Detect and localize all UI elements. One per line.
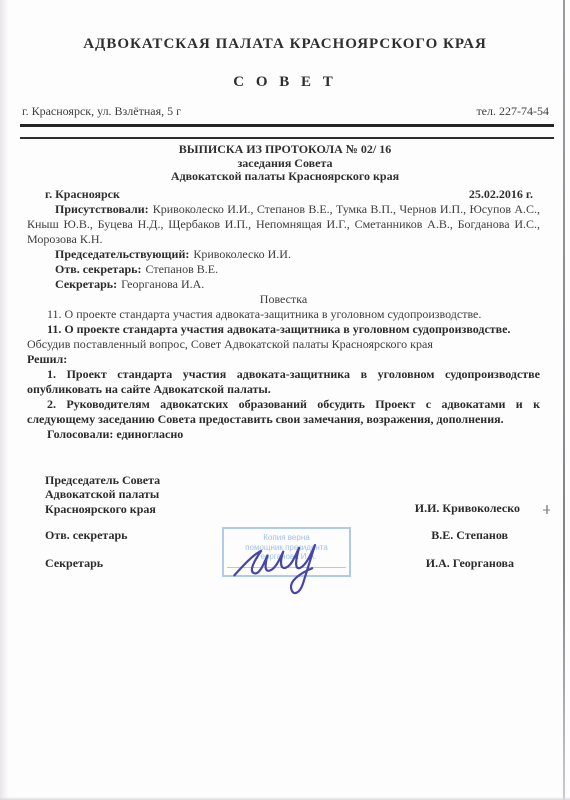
secretary-name-inline: Георганова И.А.	[121, 277, 204, 291]
chairman-label: Председательствующий:	[55, 247, 189, 261]
chairman-title-line-2: Адвокатской палаты	[45, 487, 160, 502]
resolution-point-2: 2. Руководителям адвокатских образований…	[27, 397, 540, 427]
chairman-name-inline: Кривоколеско И.И.	[193, 247, 291, 261]
document-title: ВЫПИСКА ИЗ ПРОТОКОЛА № 02/ 16 заседания …	[0, 143, 570, 184]
secretary-title: Секретарь	[45, 556, 103, 571]
resolution-point-1: 1. Проект стандарта участия адвоката-защ…	[27, 367, 540, 397]
chairman-line: Председательствующий:Кривоколеско И.И.	[27, 247, 540, 262]
resp-secretary-label: Отв. секретарь:	[55, 262, 141, 276]
agenda-item-plain: 11. О проекте стандарта участия адвоката…	[27, 307, 540, 322]
address-text: г. Красноярск, ул. Взлётная, 5 г	[22, 104, 181, 119]
resp-secretary-title: Отв. секретарь	[45, 528, 127, 543]
city-label: г. Красноярск	[45, 187, 120, 202]
phone-text: тел. 227-74-54	[476, 104, 549, 119]
title-line-3: Адвокатской палаты Красноярского края	[0, 170, 570, 184]
secretary-line: Секретарь:Георганова И.А.	[27, 277, 540, 292]
chairman-signature-row: Председатель Совета Адвокатской палаты К…	[45, 473, 570, 517]
handwritten-signature-ink	[227, 532, 368, 599]
chairman-title-line-1: Председатель Совета	[45, 473, 160, 488]
attendees-paragraph: Присутствовали:Кривоколеско И.И., Степан…	[27, 202, 540, 247]
resp-secretary-line: Отв. секретарь:Степанов В.Е.	[27, 262, 540, 277]
agenda-item-bold: 11. О проекте стандарта участия адвоката…	[27, 322, 540, 337]
scan-right-edge-line	[563, 0, 565, 800]
secretary-name: И.А. Георганова	[426, 556, 570, 571]
scan-speck	[543, 509, 550, 511]
signature-stroke	[233, 545, 317, 596]
decided-label: Решил:	[27, 352, 540, 367]
date-label: 25.02.2016 г.	[469, 187, 533, 202]
agenda-heading: Повестка	[27, 292, 540, 307]
resolution-intro: Обсудив поставленный вопрос, Совет Адвок…	[27, 337, 540, 352]
vote-result: Голосовали: единогласно	[27, 427, 540, 442]
attendees-label: Присутствовали:	[55, 202, 149, 216]
address-row: г. Красноярск, ул. Взлётная, 5 г тел. 22…	[0, 104, 570, 119]
scanned-document-page: АДВОКАТСКАЯ ПАЛАТА КРАСНОЯРСКОГО КРАЯ С …	[0, 0, 570, 800]
chairman-title-line-3: Красноярского края	[45, 502, 160, 517]
resp-secretary-name-inline: Степанов В.Е.	[145, 262, 218, 276]
council-heading: С О В Е Т	[0, 74, 570, 91]
organization-name: АДВОКАТСКАЯ ПАЛАТА КРАСНОЯРСКОГО КРАЯ	[10, 36, 560, 53]
title-line-2: заседания Совета	[0, 157, 570, 171]
document-body: Присутствовали:Кривоколеско И.И., Степан…	[0, 202, 570, 442]
scan-left-edge	[0, 0, 9, 800]
secretary-label: Секретарь:	[55, 277, 117, 291]
city-date-row: г. Красноярск 25.02.2016 г.	[0, 187, 570, 202]
horizontal-rule-thick	[20, 124, 554, 127]
resp-secretary-name: В.Е. Степанов	[431, 528, 570, 543]
chairman-title: Председатель Совета Адвокатской палаты К…	[45, 473, 160, 517]
title-line-1: ВЫПИСКА ИЗ ПРОТОКОЛА № 02/ 16	[0, 143, 570, 157]
horizontal-rule-thin	[20, 137, 554, 139]
